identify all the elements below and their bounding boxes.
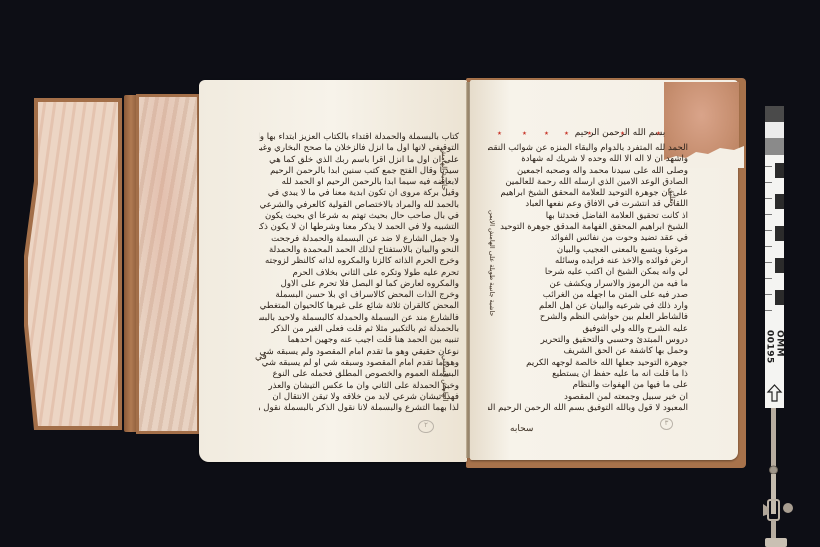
text-line: على ان جوهرة التوحيد للعلامة المحقق الشي… — [488, 188, 688, 199]
rubric-mark: ٭ — [544, 129, 549, 139]
text-line: التوقيفي لانها اول ما انزل فالزخلان ما ص… — [259, 143, 459, 154]
text-line: وصلى الله على سيدنا محمد واله وصحبه اجمع… — [488, 166, 688, 177]
text-line: فالشاطر العلم بين حواشي النظم والشرح — [488, 312, 688, 323]
text-line: المعبود لا قول وبالله التوفيق بسم الله ا… — [488, 403, 688, 414]
text-line: ما فيه من الرموز والاسرار ويكشف عن — [488, 279, 688, 290]
text-line: الصادق الوعد الامين الذي ارسله الله رحمة… — [488, 177, 688, 188]
text-line: المحض كالقران ثلاثة شائع على غيرها كالحي… — [259, 301, 459, 312]
text-line: في بال صاحب حال بحيث تهتم به شرعا اي بحي… — [259, 211, 459, 222]
text-line: صدر فيه على المتن ما اجهله من الغرائب — [488, 290, 688, 301]
text-line: لي وانه يمكن الشيخ ان اكتب عليه شرحا — [488, 267, 688, 278]
right-page-text: الحمد لله المتفرد بالدوام والبقاء المنزه… — [488, 143, 688, 427]
text-line: ارض فوائده والاخذ عنه فرايده وسائله — [488, 256, 688, 267]
text-line: جوهرة التوحيد جعلها الله خالصة لوجهه الك… — [488, 358, 688, 369]
margin-note: حاشية الهامش — [440, 148, 448, 208]
folio-stamp: ٣ — [660, 418, 673, 430]
text-line: بالحمد لله والمراد بالاختصاص القولية كال… — [259, 200, 459, 211]
text-line: تحرم عليه طولا وتكره على الثاني بخلاف ال… — [259, 268, 459, 279]
up-arrow-icon — [765, 382, 784, 404]
shelfmark-label: OMM 00195 — [765, 330, 784, 380]
text-line: ذا ما قلت انه ما عليه حفظ ان يستطيع — [488, 369, 688, 380]
text-line: دروس المبتدئ وحسبي والتحقيق والتحرير — [488, 335, 688, 346]
text-line: سيدنا وقال الفتح جمع كتب سنين ابدا بالرح… — [259, 166, 459, 177]
text-line: لذا بهما التشرع والبسملة لانا نقول الذكر… — [259, 403, 459, 414]
left-page-text: كتاب بالبسملة والحمدلة اقتداء بالكتاب ال… — [259, 132, 459, 422]
text-line: اللقاني قد انتشرت في الافاق وعم نفعها ال… — [488, 199, 688, 210]
text-line: نوعان حقيقي وهو ما تقدم امام المقصود ولم… — [259, 347, 459, 358]
rubric-mark: ٭ — [587, 129, 592, 139]
rubric-mark: ٭ — [620, 129, 625, 139]
metal-clamp — [763, 408, 795, 547]
text-line: وارد ذلك في شرعيه والبيان عن اهل العلم — [488, 301, 688, 312]
text-line: بالحمدلة ثم بالتكبير مثلا ثم قلت فعلى ال… — [259, 324, 459, 335]
text-line: على ما فيها من الهفوات والنظام — [488, 380, 688, 391]
text-line: وخرج الحرم الذاته كالزنا والمكروه لذاته … — [259, 256, 459, 267]
text-line: واشهد ان لا اله الا الله وحده لا شريك له… — [488, 154, 688, 165]
text-line: وخبر الحمدلة على الثاني وان ما عكس التيش… — [259, 381, 459, 392]
text-line: في عقد تضيد وحوت من نفائس الفوائد — [488, 233, 688, 244]
text-line: فالشارع مند عن البسملة والحمدلة كالبسملة… — [259, 313, 459, 324]
folio-stamp: ٢ — [418, 420, 434, 433]
text-line: على ان اول ما انزل اقرا باسم ربك الذي خل… — [259, 155, 459, 166]
text-line: البسملة العموم والخصوص المطلق فحمله على … — [259, 369, 459, 380]
margin-note: الهامش السفلي — [441, 355, 449, 425]
rubric-mark: ٭ — [564, 129, 569, 139]
catchword: سحابه — [510, 424, 533, 434]
rubric-mark: ٭ — [497, 129, 502, 139]
text-line: اذ كانت تحقيق العلامة الفاضل فحدثنا بها — [488, 211, 688, 222]
text-line: ان خير سبيل وجمعته لمن المقصود — [488, 392, 688, 403]
text-line: مرغوبا ويتسع بالمعنى العجيب والبيان — [488, 245, 688, 256]
margin-note: في — [255, 352, 267, 362]
text-line: تنبيه بين الحمد هنا قلت اجيب عنه وجهين ا… — [259, 335, 459, 346]
rubric-mark: ٭ — [522, 129, 527, 139]
text-line: كتاب بالبسملة والحمدلة اقتداء بالكتاب ال… — [259, 132, 459, 143]
text-line: الحمد لله المتفرد بالدوام والبقاء المنزه… — [488, 143, 688, 154]
text-line: عليه الشرح والله ولي التوفيق — [488, 324, 688, 335]
text-line: وحمل بها كاشفة عن الحق الشريف — [488, 346, 688, 357]
text-line: وخرج الذات المحض كالاسراف اي بلا حسن الب… — [259, 290, 459, 301]
rubric-mark: ٭ — [656, 129, 661, 139]
text-line: التشبيه ولا في الحمد لا يذكر معنا وشرطها… — [259, 222, 459, 233]
front-board — [136, 94, 200, 434]
text-line: النحو والبيان بالاستفتاح لذلك الحمد المح… — [259, 245, 459, 256]
text-line: وقيل بركة مروى ان تكون ابدية معنا في ما … — [259, 188, 459, 199]
text-line: وهو ما تقدم امام المقصود وسبقه شي او لم … — [259, 358, 459, 369]
text-line: فهذا تيشان شرعي لابد من خلافه ولا تيقن ا… — [259, 392, 459, 403]
margin-note: حاشية جانبية طويلة على الهامش الايمن — [488, 210, 496, 380]
text-line: لابعاضه فيه سيما ابدا بالرحمن الرحيم او … — [259, 177, 459, 188]
text-line: الشيخ ابراهيم المحقق الفهامة المدقق جوهر… — [488, 222, 688, 233]
envelope-flap — [24, 96, 124, 432]
text-line: والمكروه لعارض كما لو البصل فلا تحرم على… — [259, 279, 459, 290]
text-line: ولا جمل الشارع لا ضد عن البسملة والحمدلة… — [259, 234, 459, 245]
margin-note: تعليق — [668, 188, 676, 212]
